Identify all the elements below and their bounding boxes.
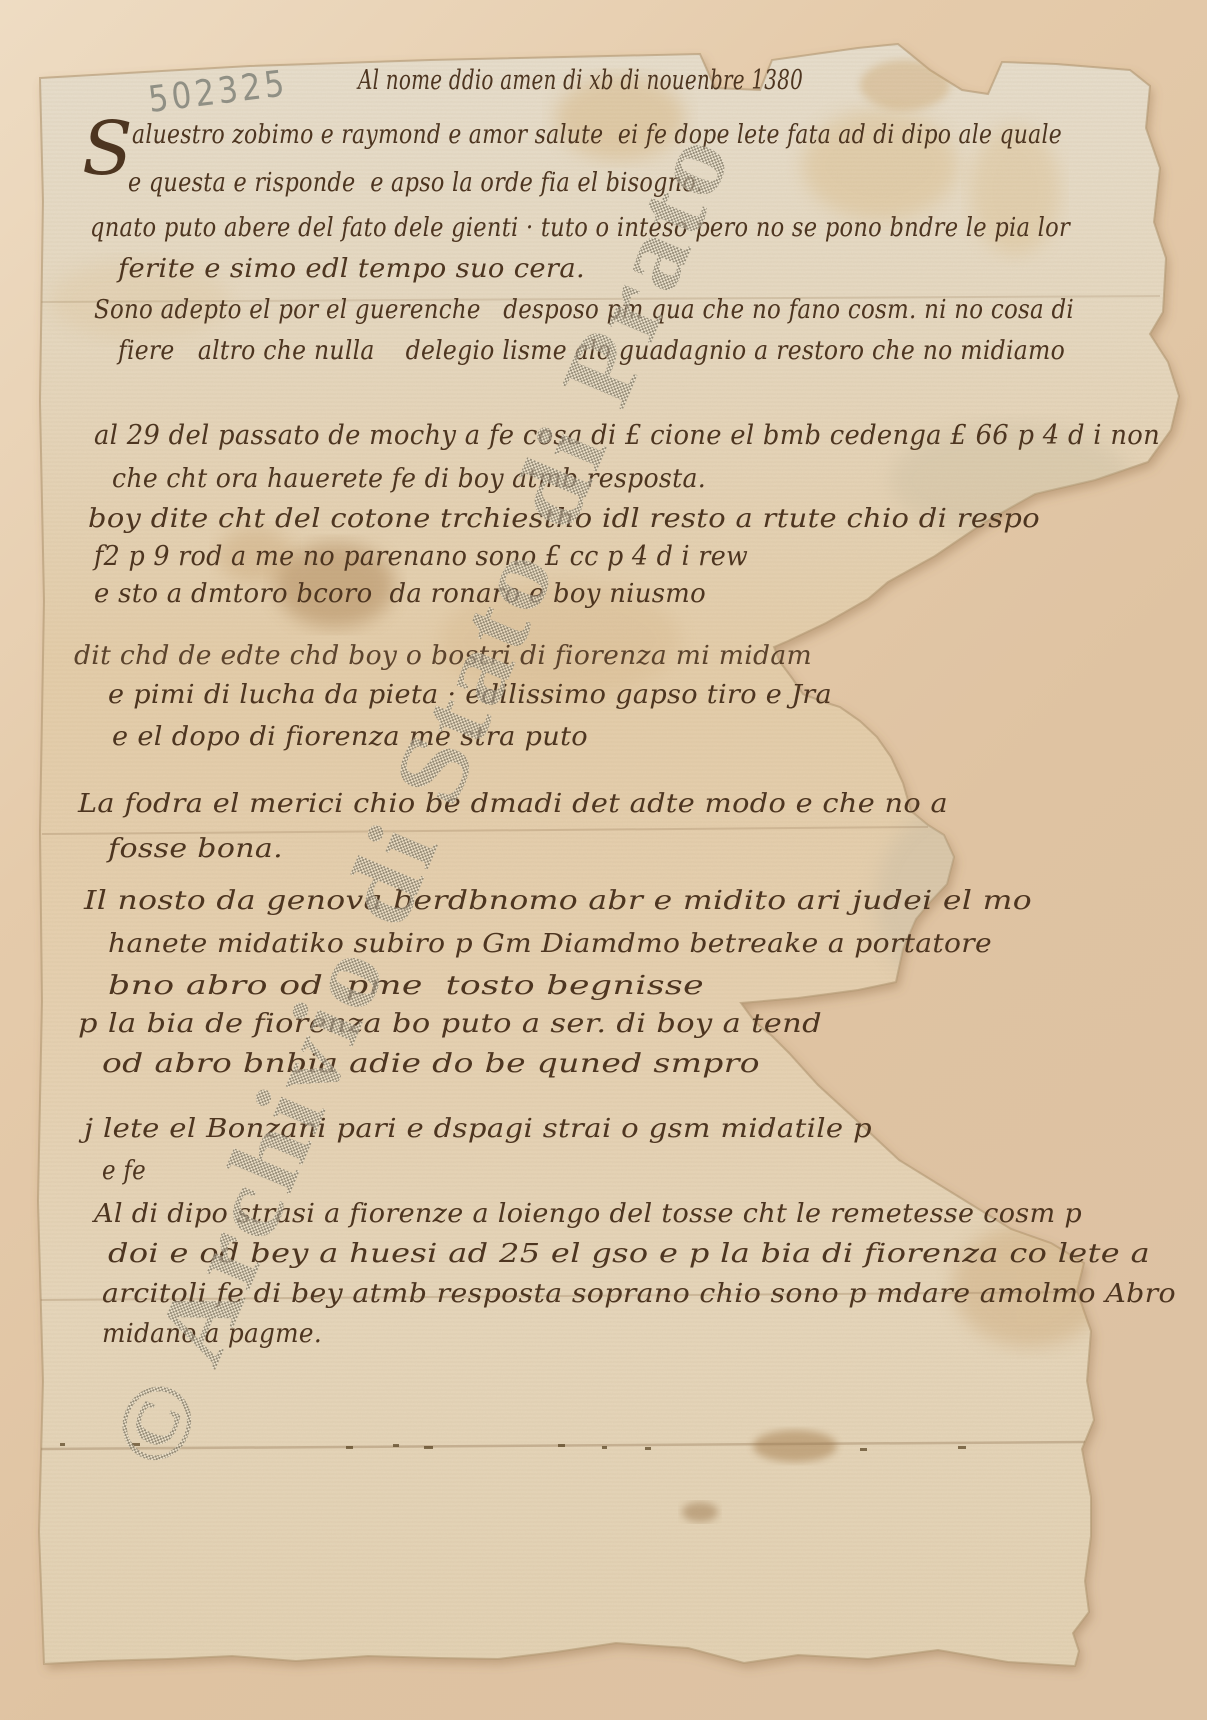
initial-capital: S bbox=[82, 106, 133, 192]
manuscript-line: p la bia de fiorenza bo puto a ser. di b… bbox=[78, 1009, 822, 1039]
manuscript-line: hanete midatiko subiro p Gm Diamdmo betr… bbox=[108, 929, 992, 959]
manuscript-line: e questa e risponde e apso la orde fia e… bbox=[128, 168, 703, 198]
manuscript-line: ferite e simo edl tempo suo cera. bbox=[116, 254, 585, 284]
scanned-letter-page: 502325 S Al nome ddio amen di xb di noue… bbox=[0, 0, 1207, 1720]
manuscript-line: Il nosto da genova berdbnomo abr e midit… bbox=[83, 886, 1032, 916]
manuscript-line: e el dopo di fiorenza me stra puto bbox=[112, 722, 588, 752]
date-line: Al nome ddio amen di xb di nouenbre 1380 bbox=[356, 65, 803, 96]
manuscript-line: e fe bbox=[102, 1156, 146, 1186]
manuscript-line: La fodra el merici chio be dmadi det adt… bbox=[77, 789, 948, 819]
manuscript-line: j lete el Bonzani pari e dspagi strai o … bbox=[78, 1114, 872, 1144]
manuscript-line: e sto a dmtoro bcoro da ronaro e boy niu… bbox=[94, 579, 706, 609]
manuscript-line: f2 p 9 rod a me no parenano sono £ cc p … bbox=[92, 541, 748, 572]
manuscript-line: od abro bnbia adie do be quned smpro bbox=[102, 1049, 760, 1079]
manuscript-line: aluestro zobimo e raymond e amor salute … bbox=[132, 120, 1062, 150]
letter-scan: 502325 S Al nome ddio amen di xb di noue… bbox=[0, 0, 1207, 1720]
manuscript-line: fosse bona. bbox=[106, 834, 283, 864]
manuscript-line: qnato puto abere del fato dele gienti · … bbox=[90, 213, 1071, 243]
